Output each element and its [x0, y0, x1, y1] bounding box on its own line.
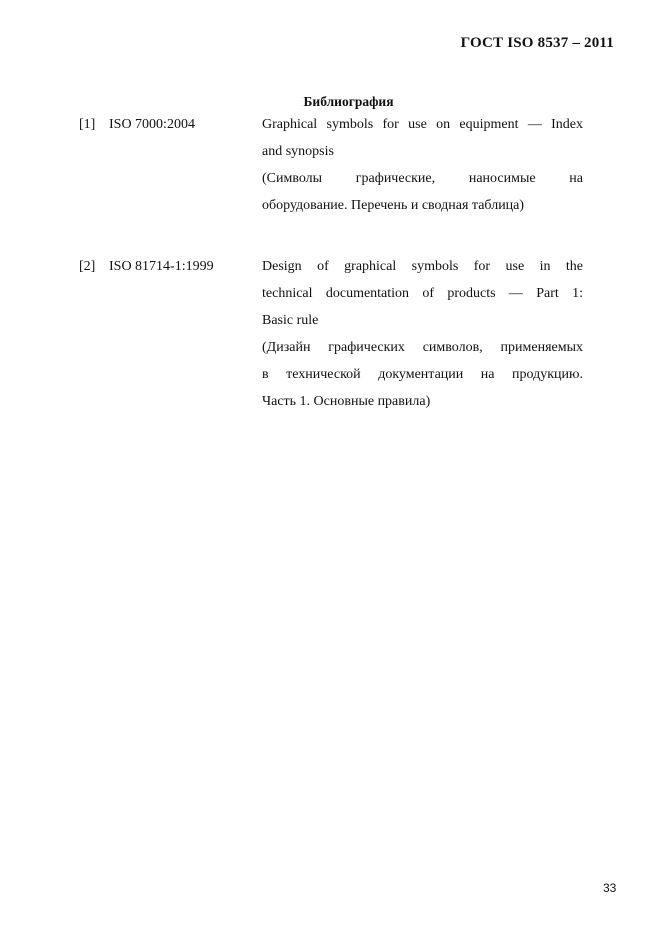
section-title: Библиография: [0, 94, 661, 110]
entry-code: ISO 81714-1:1999: [109, 259, 214, 275]
entry-code: ISO 7000:2004: [109, 117, 195, 133]
description-line: Design of graphical symbols for use in t…: [262, 253, 583, 280]
description-line: and synopsis: [262, 138, 583, 165]
document-header: ГОСТ ISO 8537 – 2011: [461, 35, 614, 52]
entry-number: [2]: [79, 259, 95, 275]
description-line: (Дизайн графических символов, применяемы…: [262, 334, 583, 361]
description-line: Basic rule: [262, 307, 583, 334]
description-line: Часть 1. Основные правила): [262, 388, 583, 415]
description-line: в технической документации на продукцию.: [262, 361, 583, 388]
entry-number: [1]: [79, 117, 95, 133]
description-line: technical documentation of products — Pa…: [262, 280, 583, 307]
description-line: оборудование. Перечень и сводная таблица…: [262, 192, 583, 219]
entry-description: Design of graphical symbols for use in t…: [262, 253, 583, 415]
page-number: 33: [603, 881, 616, 895]
entry-description: Graphical symbols for use on equipment —…: [262, 111, 583, 219]
description-line: Graphical symbols for use on equipment —…: [262, 111, 583, 138]
description-line: (Символы графические, наносимые на: [262, 165, 583, 192]
